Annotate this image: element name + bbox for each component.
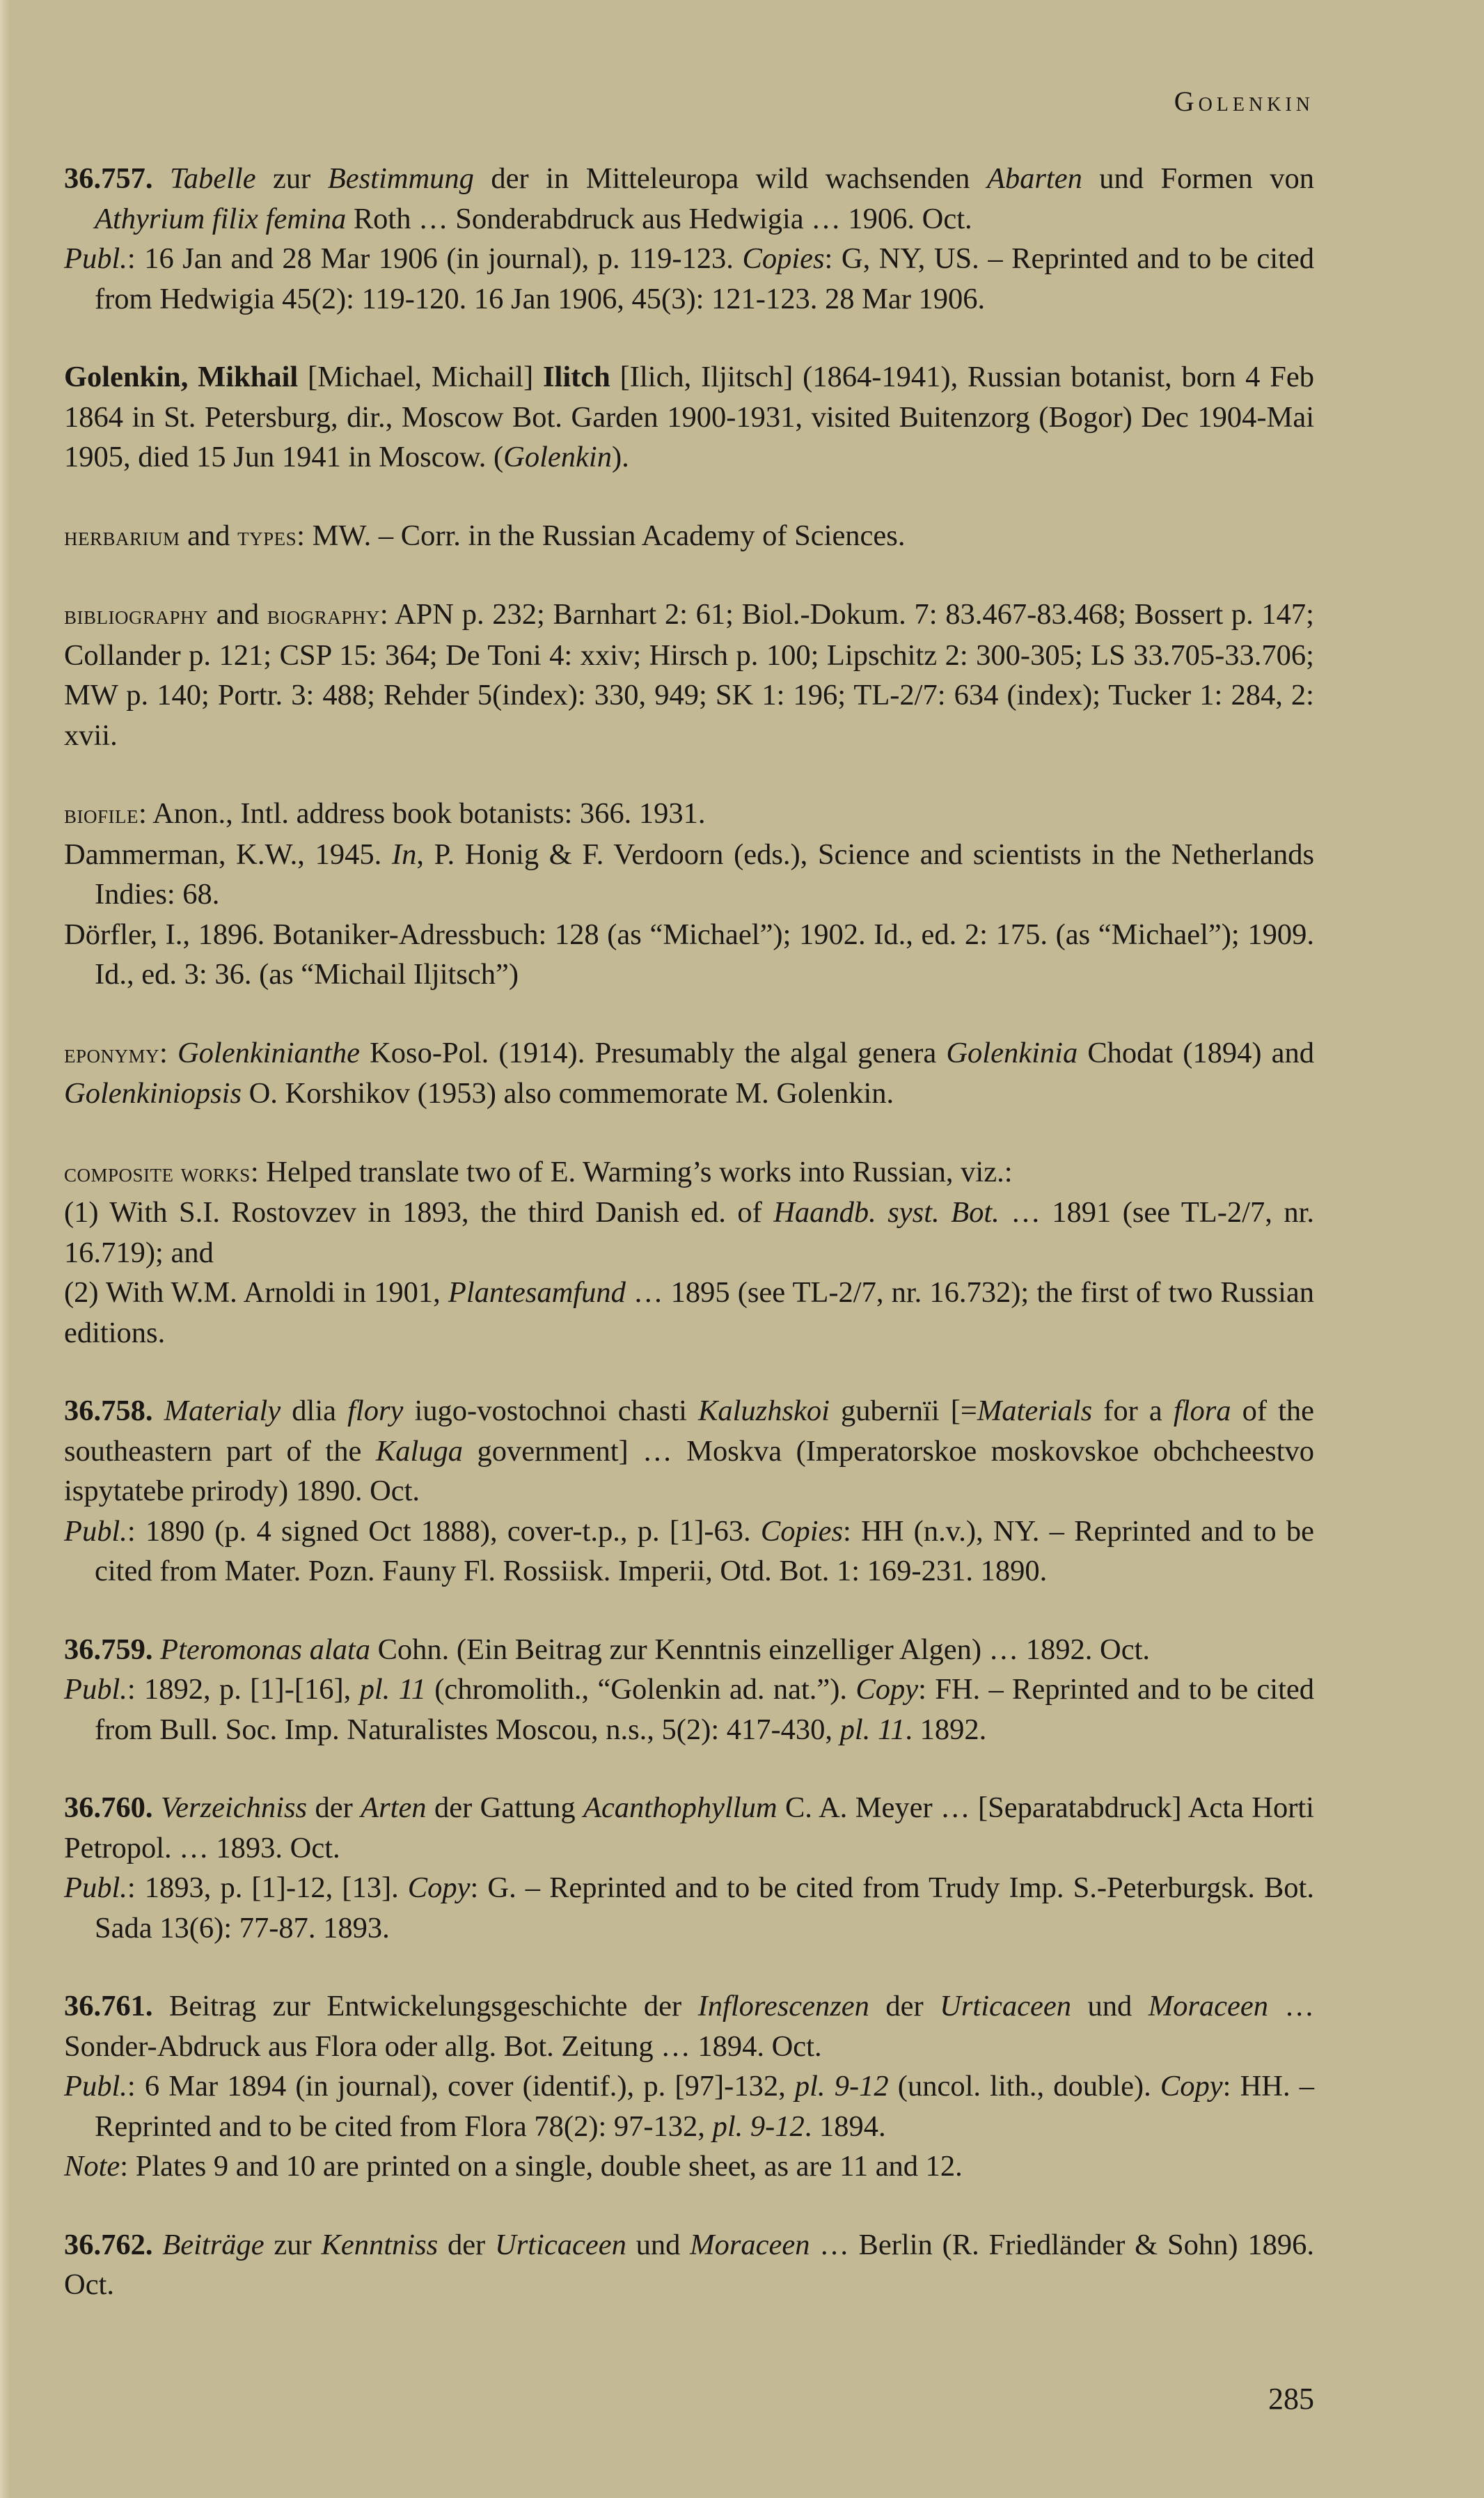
text: der	[438, 2229, 495, 2261]
text: : Anon., Intl. address book botanists: 3…	[139, 797, 706, 830]
entry-number: 36.761.	[64, 1990, 169, 2022]
text: . 1892.	[905, 1713, 986, 1746]
italic-text: Plantesamfund	[448, 1276, 626, 1309]
paragraph: Note: Plates 9 and 10 are printed on a s…	[64, 2146, 1314, 2187]
entry-number: 36.758.	[64, 1395, 164, 1427]
italic-text: Moraceen	[1148, 1990, 1268, 2022]
italic-text: Copies	[761, 1515, 843, 1548]
italic-text: Beiträge	[162, 2229, 264, 2261]
text: und Formen von	[1082, 162, 1314, 195]
text: : Plates 9 and 10 are printed on a singl…	[120, 2150, 963, 2183]
italic-text: Copies	[742, 242, 824, 275]
entry-36-761: 36.761. Beitrag zur Entwickelungsgeschic…	[64, 1986, 1314, 2187]
italic-text: Inflorescenzen	[698, 1990, 869, 2022]
entry-36-759: 36.759. Pteromonas alata Cohn. (Ein Beit…	[64, 1630, 1314, 1750]
entry-number: 36.759.	[64, 1633, 160, 1666]
text: zur	[265, 2229, 322, 2261]
section-label: biography	[267, 600, 380, 630]
section-label: biofile	[64, 799, 139, 829]
entry-36-758: 36.758. Materialy dlia flory iugo-vostoc…	[64, 1391, 1314, 1592]
italic-text: Kaluga	[376, 1435, 463, 1468]
paragraph: 36.758. Materialy dlia flory iugo-vostoc…	[64, 1391, 1314, 1511]
section-label: composite works	[64, 1158, 251, 1188]
italic-text: pl. 9-12	[713, 2110, 805, 2143]
italic-text: Acanthophyllum	[583, 1791, 777, 1824]
text: Dörfler, I., 1896. Botaniker-Adressbuch:…	[64, 918, 1314, 991]
paragraph: bibliography and biography: APN p. 232; …	[64, 595, 1314, 755]
text: Cohn. (Ein Beitrag zur Kenntnis einzelli…	[370, 1633, 1150, 1666]
bibliography-biography: bibliography and biography: APN p. 232; …	[64, 595, 1314, 755]
eponymy: eponymy: Golenkinianthe Koso-Pol. (1914)…	[64, 1033, 1314, 1114]
text: (uncol. lith., double).	[889, 2070, 1160, 2103]
paragraph: Publ.: 1893, p. [1]-12, [13]. Copy: G. –…	[64, 1868, 1314, 1948]
page-edge	[0, 0, 10, 2498]
entry-number: 36.757.	[64, 162, 170, 195]
italic-text: Urticaceen	[940, 1990, 1071, 2022]
paragraph: (2) With W.M. Arnoldi in 1901, Plantesam…	[64, 1273, 1314, 1353]
text: der	[869, 1990, 940, 2022]
text: der in Mitteleuropa wild wachsenden	[474, 162, 987, 195]
section-label: bibliography	[64, 600, 208, 630]
paragraph: Dörfler, I., 1896. Botaniker-Adressbuch:…	[64, 915, 1314, 995]
bold-text: Golenkin, Mikhail	[64, 361, 298, 393]
text: and	[180, 519, 238, 552]
paragraph: Publ.: 16 Jan and 28 Mar 1906 (in journa…	[64, 239, 1314, 319]
paragraph: Publ.: 6 Mar 1894 (in journal), cover (i…	[64, 2066, 1314, 2146]
text: Beitrag zur Entwickelungsgeschichte der	[169, 1990, 698, 2022]
italic-text: Copy	[408, 1871, 471, 1904]
paragraph: 36.761. Beitrag zur Entwickelungsgeschic…	[64, 1986, 1314, 2066]
text: (chromolith., “Golenkin ad. nat.”).	[426, 1673, 855, 1706]
entry-number: 36.762.	[64, 2229, 162, 2261]
paragraph: composite works: Helped translate two of…	[64, 1152, 1314, 1193]
page-body: 36.757. Tabelle zur Bestimmung der in Mi…	[64, 159, 1314, 2343]
italic-text: In	[392, 838, 416, 871]
page-number: 285	[1268, 2381, 1314, 2417]
paragraph: biofile: Anon., Intl. address book botan…	[64, 794, 1314, 835]
running-head: Golenkin	[1174, 85, 1314, 118]
text: Dammerman, K.W., 1945.	[64, 838, 392, 871]
text: gubernïi [=	[830, 1395, 977, 1427]
paragraph: 36.760. Verzeichniss der Arten der Gattu…	[64, 1788, 1314, 1868]
herbarium-types: herbarium and types: MW. – Corr. in the …	[64, 516, 1314, 557]
entry-number: 36.760.	[64, 1791, 161, 1824]
entry-36-757: 36.757. Tabelle zur Bestimmung der in Mi…	[64, 159, 1314, 319]
paragraph: Publ.: 1890 (p. 4 signed Oct 1888), cove…	[64, 1511, 1314, 1592]
text: and	[208, 598, 267, 631]
italic-text: Urticaceen	[495, 2229, 626, 2261]
italic-text: Publ.	[64, 1673, 127, 1706]
text: Roth … Sonderabdruck aus Hedwigia … 1906…	[346, 203, 972, 235]
italic-text: Golenkiniopsis	[64, 1077, 242, 1110]
italic-text: Tabelle	[170, 162, 256, 195]
italic-text: pl. 9-12	[795, 2070, 889, 2103]
paragraph: 36.757. Tabelle zur Bestimmung der in Mi…	[64, 159, 1314, 239]
italic-text: Moraceen	[690, 2229, 810, 2261]
text: : 1890 (p. 4 signed Oct 1888), cover-t.p…	[127, 1515, 761, 1548]
italic-text: Publ.	[64, 1515, 127, 1548]
paragraph: Golenkin, Mikhail [Michael, Michail] Ili…	[64, 357, 1314, 478]
italic-text: pl. 11	[360, 1673, 426, 1706]
section-label: types	[237, 521, 297, 551]
text: : 1893, p. [1]-12, [13].	[127, 1871, 408, 1904]
author-biography: Golenkin, Mikhail [Michael, Michail] Ili…	[64, 357, 1314, 478]
section-label: eponymy	[64, 1039, 159, 1069]
text: Koso-Pol. (1914). Presumably the algal g…	[360, 1037, 946, 1069]
text: : Helped translate two of E. Warming’s w…	[251, 1156, 1013, 1188]
text: : 16 Jan and 28 Mar 1906 (in journal), p…	[127, 242, 743, 275]
bold-text: Ilitch	[543, 361, 610, 393]
italic-text: Materialy	[164, 1395, 281, 1427]
text: iugo-vostochnoi chasti	[403, 1395, 698, 1427]
text: und	[1071, 1990, 1148, 2022]
text: dlia	[281, 1395, 347, 1427]
text: Chodat (1894) and	[1078, 1037, 1314, 1069]
italic-text: Copy	[1160, 2070, 1223, 2103]
italic-text: Bestimmung	[328, 162, 474, 195]
italic-text: Kenntniss	[322, 2229, 439, 2261]
paragraph: Dammerman, K.W., 1945. In, P. Honig & F.…	[64, 835, 1314, 915]
text: und	[626, 2229, 690, 2261]
italic-text: flora	[1174, 1395, 1231, 1427]
italic-text: Pteromonas alata	[160, 1633, 370, 1666]
paragraph: (1) With S.I. Rostovzev in 1893, the thi…	[64, 1193, 1314, 1273]
italic-text: Golenkinianthe	[177, 1037, 360, 1069]
text: for a	[1092, 1395, 1174, 1427]
text: zur	[256, 162, 328, 195]
paragraph: herbarium and types: MW. – Corr. in the …	[64, 516, 1314, 557]
entry-36-760: 36.760. Verzeichniss der Arten der Gattu…	[64, 1788, 1314, 1948]
text: (1) With S.I. Rostovzev in 1893, the thi…	[64, 1196, 773, 1229]
text: . 1894.	[805, 2110, 886, 2143]
italic-text: Verzeichniss	[161, 1791, 307, 1824]
italic-text: Copy	[855, 1673, 918, 1706]
text: : 1892, p. [1]-[16],	[127, 1673, 360, 1706]
entry-36-762: 36.762. Beiträge zur Kenntniss der Urtic…	[64, 2225, 1314, 2305]
biofile: biofile: Anon., Intl. address book botan…	[64, 794, 1314, 995]
paragraph: eponymy: Golenkinianthe Koso-Pol. (1914)…	[64, 1033, 1314, 1114]
italic-text: flory	[347, 1395, 403, 1427]
text: :	[159, 1037, 177, 1069]
italic-text: Publ.	[64, 242, 127, 275]
text: ).	[612, 441, 629, 473]
section-label: herbarium	[64, 521, 180, 551]
italic-text: Kaluzhskoi	[698, 1395, 830, 1427]
text: der Gattung	[427, 1791, 583, 1824]
text: : 6 Mar 1894 (in journal), cover (identi…	[127, 2070, 795, 2103]
italic-text: Note	[64, 2150, 120, 2183]
italic-text: Materials	[977, 1395, 1092, 1427]
composite-works: composite works: Helped translate two of…	[64, 1152, 1314, 1353]
italic-text: Athyrium filix femina	[95, 203, 346, 235]
italic-text: Golenkin	[503, 441, 612, 473]
paragraph: Publ.: 1892, p. [1]-[16], pl. 11 (chromo…	[64, 1670, 1314, 1750]
paragraph: 36.762. Beiträge zur Kenntniss der Urtic…	[64, 2225, 1314, 2305]
paragraph: 36.759. Pteromonas alata Cohn. (Ein Beit…	[64, 1630, 1314, 1670]
text: der	[307, 1791, 361, 1824]
italic-text: Golenkinia	[946, 1037, 1078, 1069]
text: [Michael, Michail]	[298, 361, 543, 393]
text: : MW. – Corr. in the Russian Academy of …	[297, 519, 905, 552]
italic-text: Publ.	[64, 1871, 127, 1904]
italic-text: Haandb. syst. Bot.	[773, 1196, 1000, 1229]
italic-text: pl. 11	[840, 1713, 906, 1746]
italic-text: Publ.	[64, 2070, 127, 2103]
text: O. Korshikov (1953) also commemorate M. …	[242, 1077, 894, 1110]
italic-text: Arten	[361, 1791, 426, 1824]
text: (2) With W.M. Arnoldi in 1901,	[64, 1276, 448, 1309]
italic-text: Abarten	[987, 162, 1082, 195]
